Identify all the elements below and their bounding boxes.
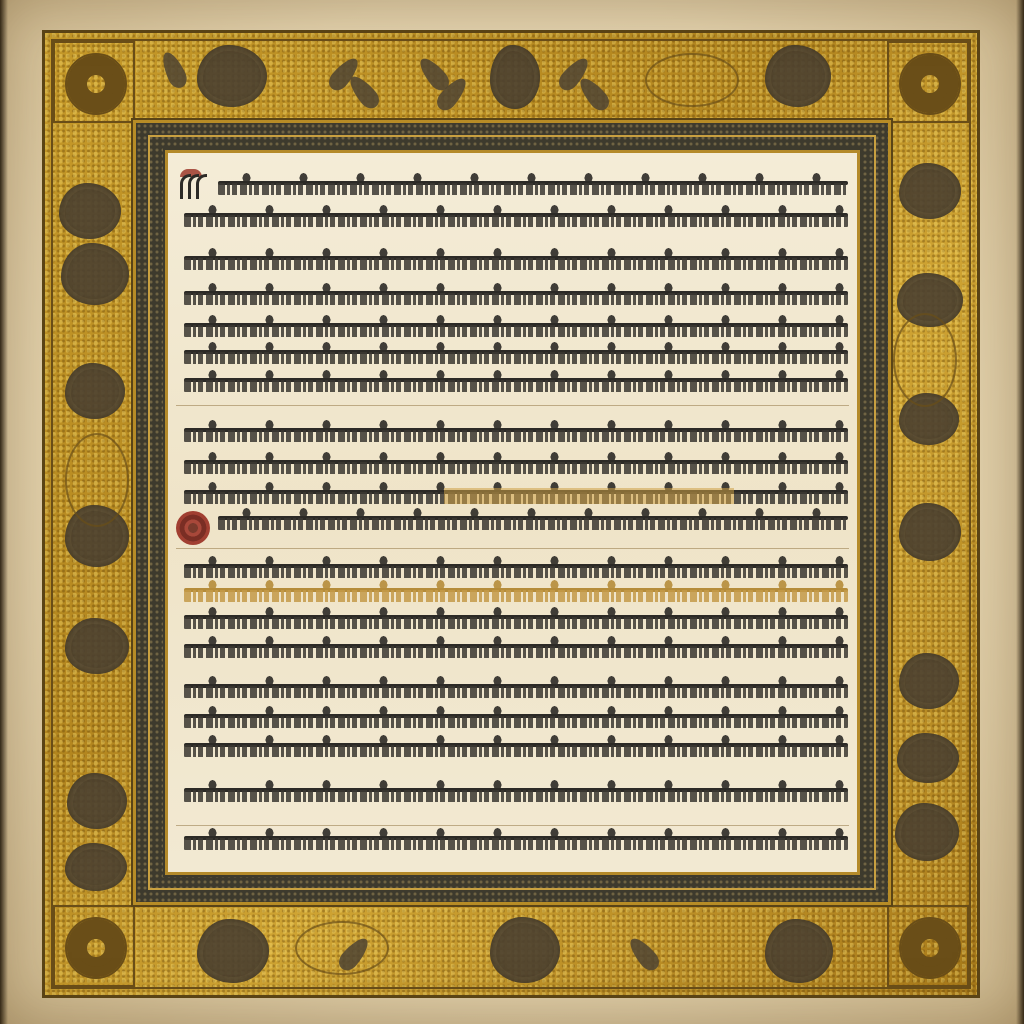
text-line: [illegible pseudo-Devanagari line 11] xyxy=(218,510,848,532)
rosette-flower-icon xyxy=(65,363,125,419)
text-line-gilt: [illegible pseudo-Devanagari line 13] xyxy=(184,582,848,604)
rosette-flower-icon xyxy=(899,653,959,709)
text-line: [illegible pseudo-Devanagari line 6] xyxy=(184,344,848,366)
vine-icon xyxy=(893,313,957,407)
text-panel: [illegible pseudo-Devanagari line 1] [il… xyxy=(165,150,860,875)
rosette-flower-icon xyxy=(61,243,129,305)
vine-icon xyxy=(645,53,739,107)
rosette-flower-icon xyxy=(65,843,127,891)
corner-spiral-icon xyxy=(53,41,135,123)
text-line: [illegible pseudo-Devanagari line 5] xyxy=(184,317,848,339)
rosette-flower-icon xyxy=(490,917,560,983)
leaf-icon xyxy=(625,934,663,975)
rosette-flower-icon xyxy=(899,503,961,561)
text-line: [illegible pseudo-Devanagari line 2] xyxy=(184,207,848,229)
ruling-line xyxy=(176,548,849,549)
leaf-icon xyxy=(158,49,190,91)
text-line: [illegible pseudo-Devanagari line 19] xyxy=(184,782,848,804)
rosette-flower-icon xyxy=(897,733,959,783)
vine-icon xyxy=(65,433,129,527)
text-line: [illegible pseudo-Devanagari line 20] xyxy=(184,830,848,852)
rosette-flower-icon xyxy=(765,919,833,983)
rosette-flower-icon xyxy=(197,45,267,107)
rosette-flower-icon xyxy=(895,803,959,861)
text-line: [illegible pseudo-Devanagari line 12] xyxy=(184,558,848,580)
text-line: [illegible pseudo-Devanagari line 14] xyxy=(184,609,848,631)
red-seal-icon xyxy=(176,511,210,545)
text-line: [illegible pseudo-Devanagari line 7] xyxy=(184,372,848,394)
rosette-flower-icon xyxy=(765,45,831,107)
text-line: [illegible pseudo-Devanagari line 18] xyxy=(184,737,848,759)
text-line: [illegible pseudo-Devanagari line 16] xyxy=(184,678,848,700)
corner-spiral-icon xyxy=(887,41,969,123)
text-line: [illegible pseudo-Devanagari line 15] xyxy=(184,638,848,660)
text-line: [illegible pseudo-Devanagari line 3] xyxy=(184,250,848,272)
page-edge-right xyxy=(1016,0,1024,1024)
leaf-icon xyxy=(575,74,613,115)
corner-spiral-icon xyxy=(53,905,135,987)
leaf-icon xyxy=(345,72,383,113)
vine-icon xyxy=(295,921,389,975)
text-line: [illegible pseudo-Devanagari line 8] xyxy=(184,422,848,444)
rosette-flower-icon xyxy=(490,45,540,109)
ruling-line xyxy=(176,405,849,406)
rosette-flower-icon xyxy=(59,183,121,239)
rosette-flower-icon xyxy=(67,773,127,829)
corner-spiral-icon xyxy=(887,905,969,987)
page-edge-left xyxy=(0,0,8,1024)
text-line-partially-gilt: [illegible pseudo-Devanagari line 10] xyxy=(184,484,848,506)
text-line: [illegible pseudo-Devanagari line 4] xyxy=(184,285,848,307)
rosette-flower-icon xyxy=(899,163,961,219)
text-line: [illegible pseudo-Devanagari line 1] xyxy=(218,175,848,197)
rosette-flower-icon xyxy=(65,618,129,674)
text-line: [illegible pseudo-Devanagari line 17] xyxy=(184,708,848,730)
initial-ornament-icon xyxy=(176,169,216,199)
rosette-flower-icon xyxy=(197,919,269,983)
text-line: [illegible pseudo-Devanagari line 9] xyxy=(184,454,848,476)
